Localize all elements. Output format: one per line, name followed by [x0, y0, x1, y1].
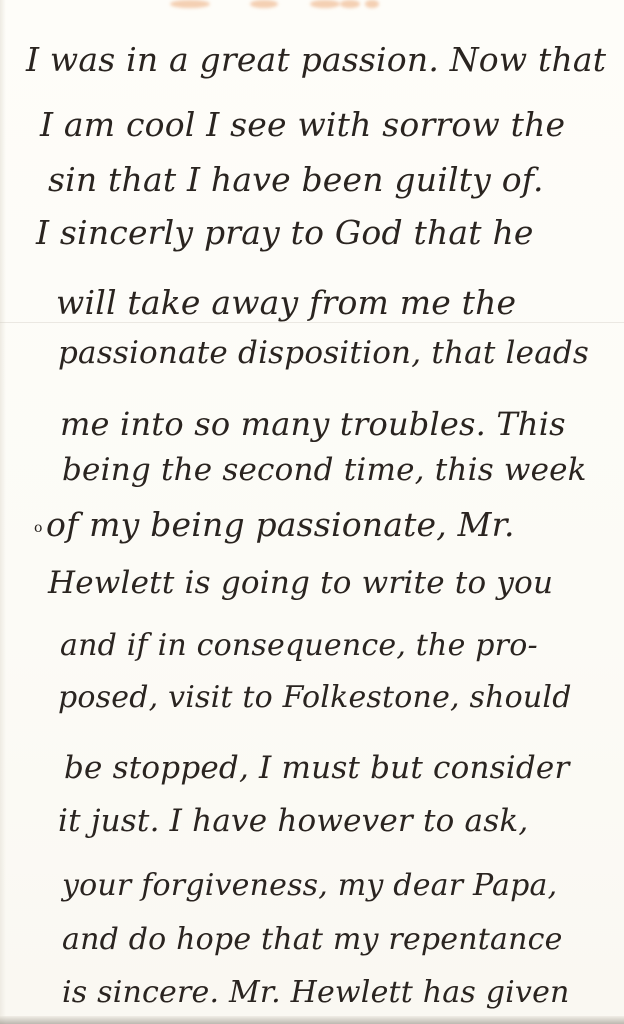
paper-fold — [0, 322, 624, 323]
letter-line: sin that I have been guilty of. — [48, 160, 544, 199]
letter-line: posed, visit to Folkestone, should — [58, 680, 572, 715]
letter-line: will take away from me the — [56, 283, 516, 322]
letter-line: your forgiveness, my dear Papa, — [62, 868, 557, 903]
paper-stain — [250, 0, 278, 8]
letter-line: it just. I have however to ask, — [58, 803, 528, 839]
letter-line: I was in a great passion. Now that — [26, 40, 606, 79]
letter-line: me into so many troubles. This — [60, 405, 566, 443]
letter-line: is sincere. Mr. Hewlett has given — [62, 975, 570, 1010]
paper-stain — [310, 0, 340, 8]
margin-mark: o — [34, 520, 42, 536]
letter-line: being the second time, this week — [62, 452, 587, 488]
letter-line: Hewlett is going to write to you — [48, 565, 553, 601]
letter-line: I am cool I see with sorrow the — [40, 105, 565, 144]
letter-line: be stopped, I must but consider — [64, 750, 570, 786]
paper-stain — [170, 0, 210, 8]
letter-page: I was in a great passion. Now that I am … — [0, 0, 624, 1024]
letter-line: of my being passionate, Mr. — [46, 505, 515, 544]
paper-stain — [365, 0, 379, 8]
paper-stain — [340, 0, 360, 8]
letter-line: and if in consequence, the pro- — [60, 628, 538, 663]
letter-line: passionate disposition, that leads — [58, 335, 589, 371]
letter-line: I sincerly pray to God that he — [36, 213, 534, 252]
letter-line: and do hope that my repentance — [62, 922, 563, 957]
